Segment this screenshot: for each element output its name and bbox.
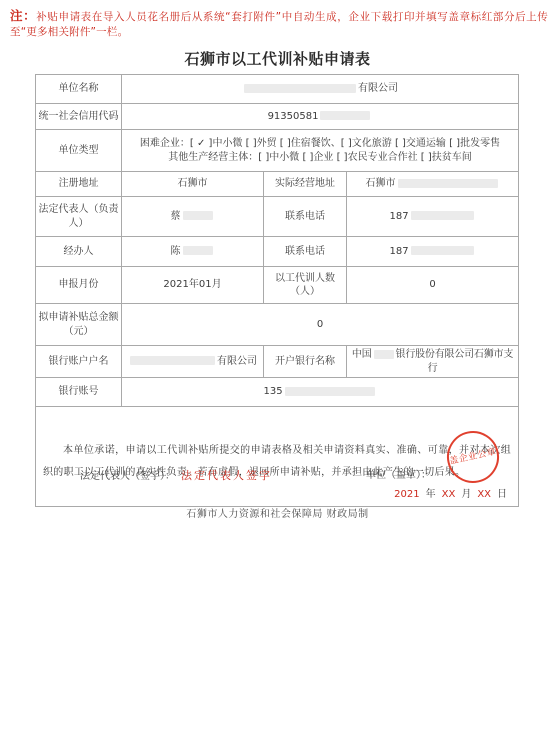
biz-address-prefix: 石狮市	[366, 178, 396, 189]
unit-type-value: 困难企业：[ ✓ ]中小微 [ ]外贸 [ ]住宿餐饮、[ ]文化旅游 [ ]交…	[122, 130, 519, 172]
credit-code-label: 统一社会信用代码	[36, 104, 122, 130]
redacted-text	[285, 387, 375, 396]
bank-name-value: 中国银行股份有限公司石狮市支行	[347, 346, 519, 378]
apply-month-label: 申报月份	[36, 267, 122, 304]
date-year: 2021	[394, 489, 419, 500]
reg-address-value: 石狮市	[122, 172, 264, 197]
unit-name-label: 单位名称	[36, 75, 122, 104]
table-row-credit-code: 统一社会信用代码 91350581	[36, 104, 519, 130]
agent-value: 陈	[122, 237, 264, 267]
bank-account-name-value: 有限公司	[122, 346, 264, 378]
table-row-unit-name: 单位名称 有限公司	[36, 75, 519, 104]
legal-rep-phone-prefix: 187	[389, 211, 408, 222]
bank-account-no-value: 135	[122, 378, 519, 407]
redacted-text	[411, 246, 474, 255]
bank-account-name-label: 银行账户户名	[36, 346, 122, 378]
table-row-declaration: 本单位承诺，申请以工代训补贴所提交的申请表格及相关申请资料真实、准确、可靠，并对…	[36, 407, 519, 507]
redacted-text	[411, 211, 474, 220]
credit-code-value: 91350581	[122, 104, 519, 130]
bank-name-label: 开户银行名称	[264, 346, 347, 378]
agent-phone-value: 187	[347, 237, 519, 267]
note-body: 补贴申请表在导入人员花名册后从系统“套打附件”中自动生成，企业下载打印并填写盖章…	[10, 11, 548, 38]
redacted-text	[374, 350, 394, 359]
seal-label: 单位（盖章）：	[366, 469, 431, 483]
reg-address-label: 注册地址	[36, 172, 122, 197]
unit-type-label: 单位类型	[36, 130, 122, 172]
table-row-addresses: 注册地址 石狮市 实际经营地址 石狮市	[36, 172, 519, 197]
bank-name-suffix: 银行股份有限公司石狮市支行	[396, 349, 514, 374]
date-month: XX	[442, 489, 456, 500]
red-upload-note: 注：补贴申请表在导入人员花名册后从系统“套打附件”中自动生成，企业下载打印并填写…	[10, 7, 548, 39]
subsidy-total-value: 0	[122, 304, 519, 346]
issuing-authority-footer: 石狮市人力资源和社会保障局 财政局制	[0, 505, 555, 520]
redacted-text	[244, 84, 356, 93]
signature-row: 法定代表人（签字）：法定代表人签字	[80, 469, 272, 484]
unit-type-line1: 困难企业：[ ✓ ]中小微 [ ]外贸 [ ]住宿餐饮、[ ]文化旅游 [ ]交…	[124, 137, 516, 151]
bank-account-no-prefix: 135	[263, 386, 282, 397]
table-row-bank-account-name: 银行账户户名 有限公司 开户银行名称 中国银行股份有限公司石狮市支行	[36, 346, 519, 378]
note-prefix: 注：	[10, 8, 36, 23]
table-row-subsidy-total: 拟申请补贴总金额（元） 0	[36, 304, 519, 346]
table-row-bank-account-no: 银行账号 135	[36, 378, 519, 407]
agent-phone-prefix: 187	[389, 246, 408, 257]
legal-rep-value: 蔡	[122, 197, 264, 237]
bank-name-prefix: 中国	[352, 349, 372, 360]
redacted-text	[320, 111, 370, 120]
stamp-text: 盖企业公章	[449, 446, 498, 468]
bank-account-no-label: 银行账号	[36, 378, 122, 407]
table-row-legal-rep: 法定代表人（负责人） 蔡 联系电话 187	[36, 197, 519, 237]
date-day: XX	[477, 489, 491, 500]
bank-account-name-suffix: 有限公司	[217, 356, 257, 367]
table-row-agent: 经办人 陈 联系电话 187	[36, 237, 519, 267]
unit-name-value: 有限公司	[122, 75, 519, 104]
declaration-cell: 本单位承诺，申请以工代训补贴所提交的申请表格及相关申请资料真实、准确、可靠，并对…	[36, 407, 519, 507]
form-document-page: 注：补贴申请表在导入人员花名册后从系统“套打附件”中自动生成，企业下载打印并填写…	[0, 0, 555, 738]
redacted-text	[183, 211, 213, 220]
unit-type-line2: 其他生产经营主体：[ ]中小微 [ ]企业 [ ]农民专业合作社 [ ]扶贫车间	[124, 151, 516, 165]
table-row-apply-month: 申报月份 2021年01月 以工代训人数（人） 0	[36, 267, 519, 304]
trainee-count-label: 以工代训人数（人）	[264, 267, 347, 304]
credit-code-prefix: 91350581	[268, 111, 319, 122]
legal-rep-label: 法定代表人（负责人）	[36, 197, 122, 237]
date-month-unit: 月	[461, 489, 471, 500]
page-title: 石狮市以工代训补贴申请表	[0, 48, 555, 69]
trainee-count-value: 0	[347, 267, 519, 304]
biz-address-label: 实际经营地址	[264, 172, 347, 197]
date-day-unit: 日	[497, 489, 507, 500]
redacted-text	[130, 356, 215, 365]
unit-name-suffix: 有限公司	[358, 83, 398, 94]
table-row-unit-type: 单位类型 困难企业：[ ✓ ]中小微 [ ]外贸 [ ]住宿餐饮、[ ]文化旅游…	[36, 130, 519, 172]
legal-rep-phone-value: 187	[347, 197, 519, 237]
date-year-unit: 年	[426, 489, 436, 500]
redacted-text	[183, 246, 213, 255]
sign-label: 法定代表人（签字）：	[80, 471, 175, 482]
agent-label: 经办人	[36, 237, 122, 267]
sign-placeholder-red: 法定代表人签字	[181, 469, 272, 482]
date-row: 2021年XX月XX日	[391, 488, 510, 502]
application-form-table: 单位名称 有限公司 统一社会信用代码 91350581 单位类型 困难企业：[ …	[35, 74, 519, 507]
legal-rep-phone-label: 联系电话	[264, 197, 347, 237]
apply-month-value: 2021年01月	[122, 267, 264, 304]
legal-rep-name-prefix: 蔡	[171, 211, 181, 222]
agent-phone-label: 联系电话	[264, 237, 347, 267]
biz-address-value: 石狮市	[347, 172, 519, 197]
agent-name-prefix: 陈	[171, 246, 181, 257]
subsidy-total-label: 拟申请补贴总金额（元）	[36, 304, 122, 346]
redacted-text	[398, 179, 498, 188]
